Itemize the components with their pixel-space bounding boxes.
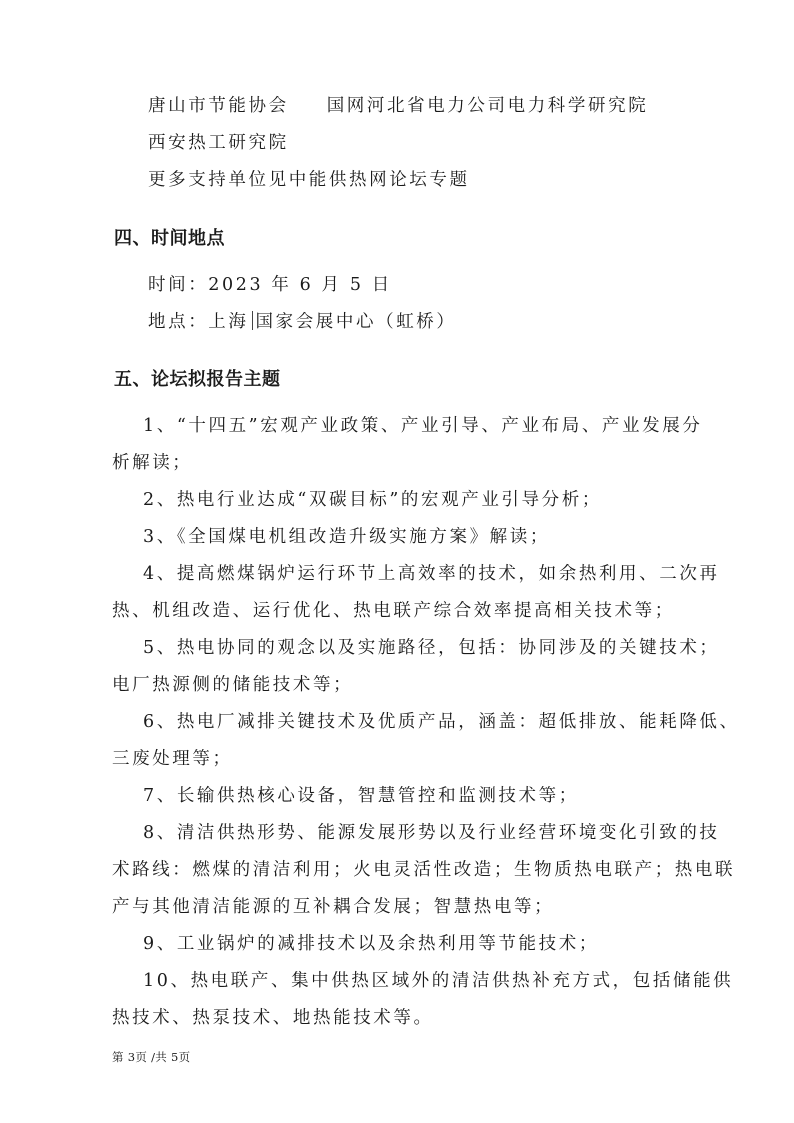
topic-10-line-2: 热技术、热泵技术、地热能技术等。	[112, 1008, 434, 1028]
topic-1-line-2: 析解读；	[112, 453, 192, 473]
supporter-more: 更多支持单位见中能供热网论坛专题	[148, 170, 470, 190]
topic-9: 9、工业锅炉的减排技术以及余热利用等节能技术；	[143, 934, 599, 954]
topic-4-line-2: 热、机组改造、运行优化、热电联产综合效率提高相关技术等；	[112, 601, 675, 621]
topic-10-line-1: 10、热电联产、集中供热区域外的清洁供热补充方式，包括储能供	[143, 971, 733, 991]
event-place: 地点：上海国家会展中心（虹桥）	[148, 311, 457, 332]
topic-5-line-2: 电厂热源侧的储能技术等；	[112, 675, 353, 695]
supporter-hebei-electric: 国网河北省电力公司电力科学研究院	[327, 96, 649, 116]
topic-6-line-2: 三废处理等；	[112, 749, 233, 769]
topic-8-line-3: 产与其他清洁能源的互补耦合发展；智慧热电等；	[112, 897, 554, 917]
section-5-heading: 五、论坛拟报告主题	[114, 369, 281, 391]
topic-7: 7、长输供热核心设备，智慧管控和监测技术等；	[143, 786, 579, 806]
event-place-city: 地点：上海	[148, 312, 249, 332]
topic-5-line-1: 5、热电协同的观念以及实施路径，包括：协同涉及的关键技术；	[143, 638, 720, 658]
topic-8-line-2: 术路线：燃煤的清洁利用；火电灵活性改造；生物质热电联产；热电联	[112, 860, 735, 880]
topic-4-line-1: 4、提高燃煤锅炉运行环节上高效率的技术，如余热利用、二次再	[143, 564, 720, 584]
topic-2: 2、热电行业达成“双碳目标”的宏观产业引导分析；	[143, 490, 602, 510]
topic-8-line-1: 8、清洁供热形势、能源发展形势以及行业经营环境变化引致的技	[143, 823, 720, 843]
supporter-row-1: 唐山市节能协会国网河北省电力公司电力科学研究院	[148, 96, 648, 116]
topic-3: 3、《全国煤电机组改造升级实施方案》解读；	[143, 527, 550, 547]
event-time: 时间：2023 年 6 月 5 日	[148, 275, 392, 295]
supporter-xian: 西安热工研究院	[148, 133, 289, 153]
event-place-venue: 国家会展中心（虹桥）	[256, 312, 457, 332]
topic-1-line-1: 1、“十四五”宏观产业政策、产业引导、产业布局、产业发展分	[143, 416, 702, 436]
supporter-tangshan: 唐山市节能协会	[148, 96, 289, 116]
page-indicator: 第 3页 /共 5页	[112, 1050, 190, 1064]
separator-bar	[252, 311, 253, 330]
section-4-heading: 四、时间地点	[114, 228, 225, 250]
topic-6-line-1: 6、热电厂减排关键技术及优质产品，涵盖：超低排放、能耗降低、	[143, 712, 740, 732]
